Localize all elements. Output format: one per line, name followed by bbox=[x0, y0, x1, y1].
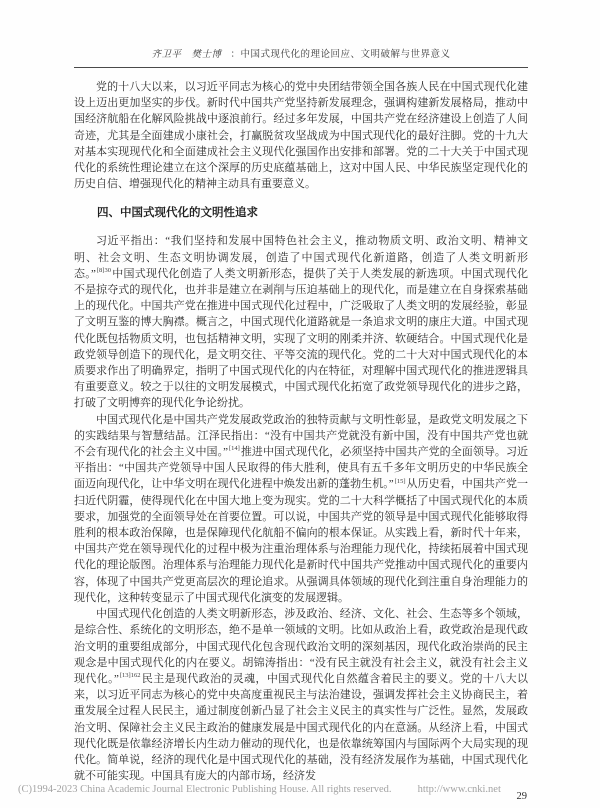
paragraph-text: 中国式现代化创造了人类文明新形态，提供了关于人类发展的新选项。中国式现代化不是掠… bbox=[74, 268, 528, 410]
running-head: 齐卫平 樊士博：中国式现代化的理论回应、文明破解与世界意义 bbox=[74, 46, 528, 60]
citation-superscript: [13]162 bbox=[119, 672, 142, 679]
paragraph-new-civilization-form: 中国式现代化创造的人类文明新形态，涉及政治、经济、文化、社会、生态等多个领域，是… bbox=[74, 606, 528, 784]
paragraph-text: 民主是现代政治的灵魂，中国式现代化自然蕴含着民主的要义。党的十八大以来，以习近平… bbox=[74, 673, 528, 782]
running-head-authors: 齐卫平 樊士博 bbox=[151, 50, 221, 60]
paragraph-party-leadership: 中国式现代化是中国共产党发展政党政治的独特贡献与文明性彰显，是政党文明发展之下的… bbox=[74, 412, 528, 606]
paragraph-intro: 党的十八大以来，以习近平同志为核心的党中央团结带领全国各族人民在中国式现代化建设… bbox=[74, 79, 528, 192]
citation-superscript: [8]30 bbox=[96, 267, 112, 274]
citation-superscript: [15] bbox=[394, 478, 407, 485]
paragraph-civilization: 习近平指出：“我们坚持和发展中国特色社会主义，推动物质文明、政治文明、精神文明、… bbox=[74, 233, 528, 411]
footer-url: http://www.cnki.net bbox=[418, 784, 501, 795]
citation-superscript: [14] bbox=[228, 445, 241, 452]
footer-copyright: (C)1994-2023 China Academic Journal Elec… bbox=[18, 784, 392, 795]
running-head-separator: ： bbox=[230, 50, 240, 60]
paragraph-text: 从历史看，中国共产党一扫近代阴霾，使得现代化在中国大地上变为现实。党的二十大科学… bbox=[74, 478, 528, 603]
running-head-title: 中国式现代化的理论回应、文明破解与世界意义 bbox=[241, 50, 451, 60]
footer: (C)1994-2023 China Academic Journal Elec… bbox=[18, 784, 501, 795]
page-content: 齐卫平 樊士博：中国式现代化的理论回应、文明破解与世界意义 党的十八大以来，以习… bbox=[0, 0, 600, 802]
paragraph-intro-text: 党的十八大以来，以习近平同志为核心的党中央团结带领全国各族人民在中国式现代化建设… bbox=[74, 81, 528, 190]
header-rule bbox=[74, 67, 528, 68]
paper-page: 齐卫平 樊士博：中国式现代化的理论回应、文明破解与世界意义 党的十八大以来，以习… bbox=[0, 0, 600, 808]
section-heading: 四、中国式现代化的文明性追求 bbox=[74, 205, 528, 221]
